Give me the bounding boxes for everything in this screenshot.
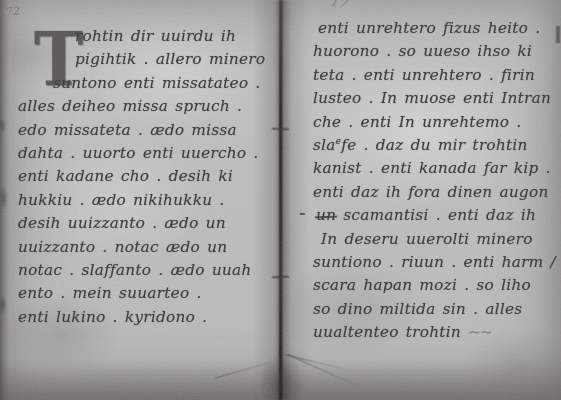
text-segment: pigihtik . allero minero bbox=[75, 50, 265, 68]
text-segment: dahta . uuorto enti uuercho . bbox=[18, 144, 259, 162]
text-segment: enti lukino . kyridono . bbox=[18, 308, 207, 326]
manuscript-text-line: alles deiheo missa spruch . bbox=[18, 95, 278, 118]
text-segment: enti daz ih fora dinen augon bbox=[313, 183, 549, 201]
manuscript-text-line: slaefe . daz du mir trohtin bbox=[313, 134, 558, 157]
struck-out-word: un bbox=[316, 206, 336, 224]
text-segment: scamantisi . enti daz ih bbox=[336, 206, 536, 224]
text-segment: ento . mein suuarteo . bbox=[18, 284, 202, 302]
manuscript-text-line: enti unrehtero fizus heito . bbox=[313, 17, 558, 40]
manuscript-text-line: enti kadane cho . desih ki bbox=[18, 165, 278, 188]
manuscript-text-line: notac . slaffanto . ædo uuah bbox=[18, 259, 278, 282]
folio-number-left: 72 bbox=[5, 4, 20, 18]
margin-correction-dash: - bbox=[299, 203, 306, 222]
manuscript-text-line: huorono . so uueso ihso ki bbox=[313, 40, 558, 63]
manuscript-text-line: hukkiu . ædo nikihukku . bbox=[18, 189, 278, 212]
text-segment: huorono . so uueso ihso ki bbox=[313, 42, 532, 60]
manuscript-text-line: suntono enti missatateo . bbox=[18, 72, 278, 95]
edge-smudge bbox=[0, 185, 8, 211]
manuscript-text-line: rohtin dir uuirdu ih bbox=[18, 25, 278, 48]
text-segment: lusteo . In muose enti Intran bbox=[313, 89, 551, 107]
manuscript-text-line: pigihtik . allero minero bbox=[18, 48, 278, 71]
manuscript-text-line: lusteo . In muose enti Intran bbox=[313, 87, 558, 110]
manuscript-text-line: edo missateta . ædo missa bbox=[18, 119, 278, 142]
manuscript-text-line: desih uuizzanto . ædo un bbox=[18, 212, 278, 235]
text-segment: che . enti In unrehtemo . bbox=[313, 113, 521, 131]
text-segment: suntono enti missatateo . bbox=[53, 74, 261, 92]
manuscript-text-line: dahta . uuorto enti uuercho . bbox=[18, 142, 278, 165]
text-segment: notac . slaffanto . ædo uuah bbox=[18, 261, 252, 279]
text-segment: so dino miltida sin . alles bbox=[313, 300, 522, 318]
text-segment: fe . daz du mir trohtin bbox=[341, 136, 527, 154]
text-segment: edo missateta . ædo missa bbox=[18, 121, 237, 139]
folio-number-right: 17 bbox=[329, 0, 349, 13]
manuscript-text-line: scara hapan mozi . so liho bbox=[313, 274, 558, 297]
text-segment: enti unrehtero fizus heito . bbox=[318, 19, 540, 37]
manuscript-text-line: so dino miltida sin . alles bbox=[313, 298, 558, 321]
text-segment: suntiono . riuun . enti harm / bbox=[313, 253, 556, 271]
manuscript-text-line: ento . mein suuarteo . bbox=[18, 282, 278, 305]
text-segment: uualtenteo trohtin bbox=[313, 323, 468, 341]
text-segment: alles deiheo missa spruch . bbox=[18, 97, 242, 115]
manuscript-text-line: un scamantisi . enti daz ih bbox=[313, 204, 558, 227]
manuscript-text-line: teta . enti unrehtero . firin bbox=[313, 64, 558, 87]
text-segment: kanist . enti kanada far kip . bbox=[313, 159, 551, 177]
text-segment: In deseru uuerolti minero bbox=[321, 230, 533, 248]
text-segment: uuizzanto . notac ædo un bbox=[18, 238, 227, 256]
text-segment: scara hapan mozi . so liho bbox=[313, 276, 531, 294]
text-segment: desih uuizzanto . ædo un bbox=[18, 214, 226, 232]
manuscript-text-line: uuizzanto . notac ædo un bbox=[18, 236, 278, 259]
text-segment: hukkiu . ædo nikihukku . bbox=[18, 191, 225, 209]
right-page-text-block: enti unrehtero fizus heito .huorono . so… bbox=[313, 17, 558, 345]
edge-smudge bbox=[0, 118, 6, 134]
manuscript-text-line: In deseru uuerolti minero bbox=[313, 228, 558, 251]
manuscript-text-line: enti lukino . kyridono . bbox=[18, 306, 278, 329]
text-segment: rohtin dir uuirdu ih bbox=[75, 27, 236, 45]
edge-smudge bbox=[0, 295, 7, 315]
left-page-text-block: rohtin dir uuirdu ihpigihtik . allero mi… bbox=[18, 25, 278, 329]
text-segment: sla bbox=[313, 136, 336, 154]
manuscript-photo: 72 17 T rohtin dir uuirdu ihpigihtik . a… bbox=[0, 0, 561, 400]
manuscript-text-line: suntiono . riuun . enti harm / bbox=[313, 251, 558, 274]
text-segment: enti kadane cho . desih ki bbox=[18, 167, 233, 185]
manuscript-text-line: kanist . enti kanada far kip . bbox=[313, 157, 558, 180]
manuscript-text-line: enti daz ih fora dinen augon bbox=[313, 181, 558, 204]
manuscript-text-line: che . enti In unrehtemo . bbox=[313, 111, 558, 134]
text-segment: teta . enti unrehtero . firin bbox=[313, 66, 535, 84]
manuscript-text-line: uualtenteo trohtin ~~ bbox=[313, 321, 558, 344]
text-segment: ~~ bbox=[468, 323, 492, 341]
